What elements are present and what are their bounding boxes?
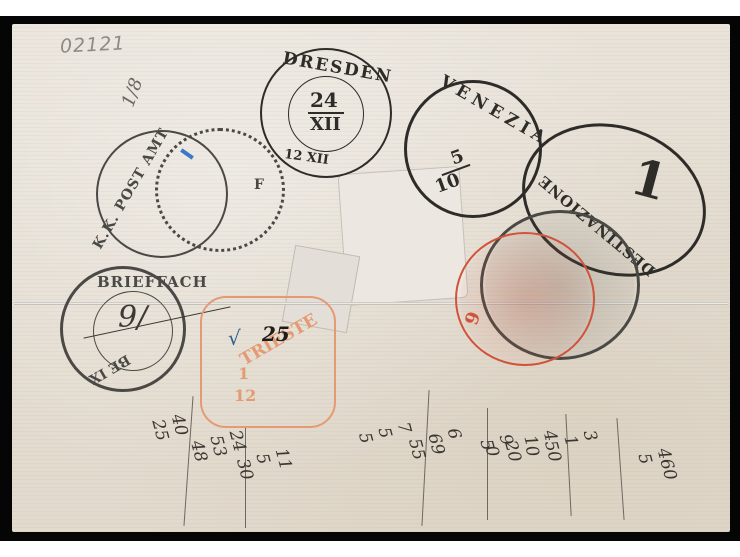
manuscript-number: 25: [262, 322, 290, 346]
venezia-month: 10: [432, 169, 463, 197]
venezia-postmark: VENEZIA 5 10: [404, 80, 542, 218]
red-postmark-numeral: 9: [461, 309, 485, 328]
austrian-postmark-right: F: [155, 128, 285, 252]
destination-numeral: 1: [625, 146, 674, 212]
brieffach-town-name: BRIEFFACH: [97, 273, 208, 291]
trieste-month: 12: [234, 386, 256, 405]
pencil-reference-number: 02121: [59, 32, 126, 57]
trieste-postmark: TRIESTE 1 12: [200, 296, 336, 428]
dresden-postmark: DRESDEN 24 XII 12 XII: [260, 48, 392, 178]
dresden-day: 24: [310, 88, 338, 112]
dresden-month: XII: [310, 114, 341, 135]
blue-tick-mark: √: [228, 326, 241, 350]
trieste-day: 1: [238, 364, 249, 383]
red-postmark: 9: [455, 232, 595, 366]
austrian-postmark-inner: F: [254, 177, 264, 193]
